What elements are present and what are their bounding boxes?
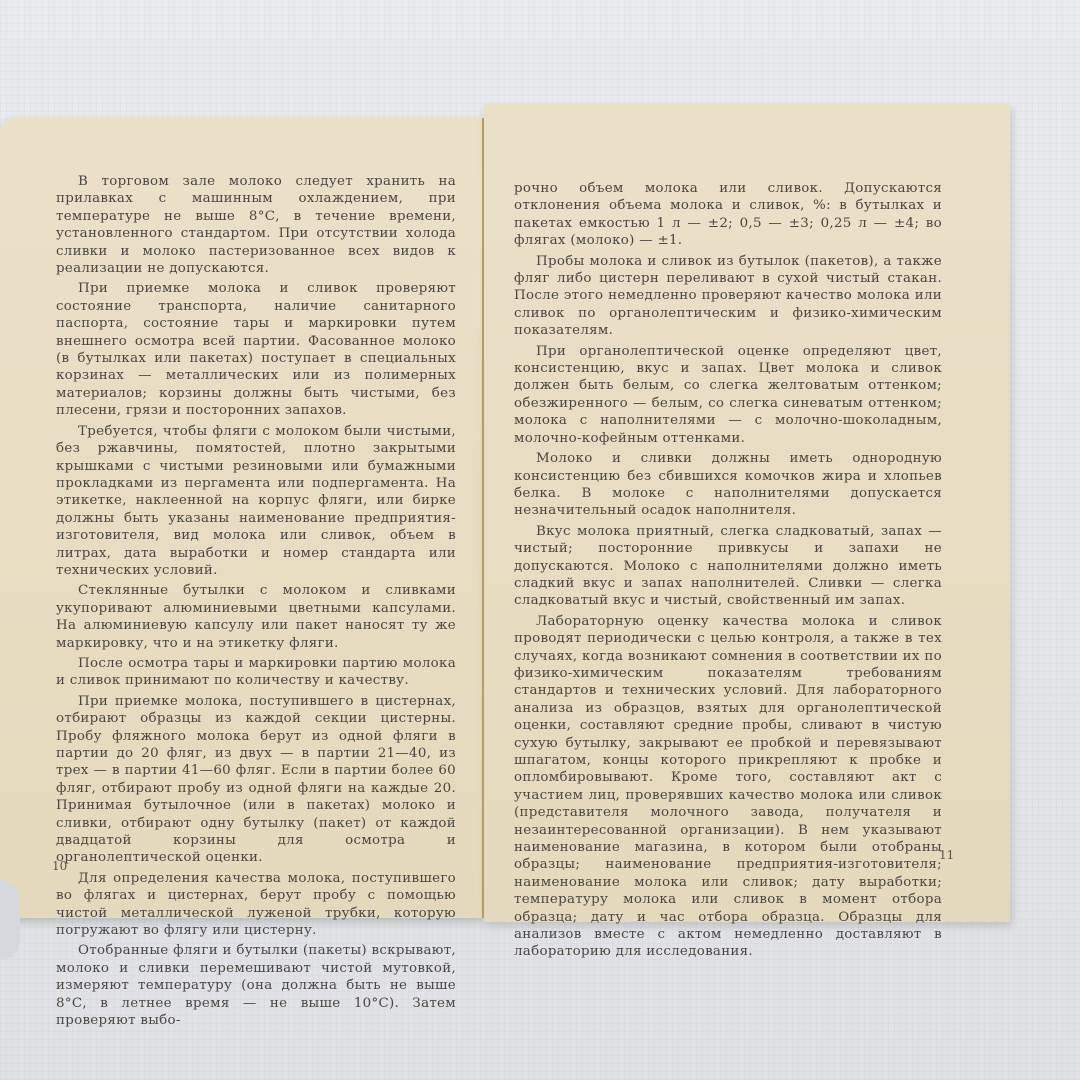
paragraph: После осмотра тары и маркировки партию м…	[56, 655, 456, 690]
paragraph: В торговом зале молоко следует хранить н…	[56, 173, 456, 277]
holding-finger	[0, 880, 20, 960]
paragraph: Требуется, чтобы фляги с молоком были чи…	[56, 423, 456, 580]
paragraph: При приемке молока и сливок проверяют со…	[56, 280, 456, 419]
paragraph: Для определения качества молока, поступи…	[56, 870, 456, 940]
paragraph: Лабораторную оценку качества молока и сл…	[514, 613, 942, 961]
right-page-text: рочно объем молока или сливок. Допускают…	[514, 180, 942, 964]
right-page: рочно объем молока или сливок. Допускают…	[484, 104, 1010, 922]
paragraph: Пробы молока и сливок из бутылок (пакето…	[514, 253, 942, 340]
paragraph: Молоко и сливки должны иметь однородную …	[514, 450, 942, 520]
paragraph: При приемке молока, поступившего в цисте…	[56, 693, 456, 867]
paragraph: Отобранные фляги и бутылки (пакеты) вскр…	[56, 942, 456, 1029]
book-spine	[482, 118, 484, 918]
page-number-right: 11	[939, 848, 954, 862]
left-page-text: В торговом зале молоко следует хранить н…	[56, 173, 456, 1033]
paragraph: При органолептической оценке определяют …	[514, 343, 942, 447]
paragraph: рочно объем молока или сливок. Допускают…	[514, 180, 942, 250]
paragraph: Вкус молока приятный, слегка сладковатый…	[514, 523, 942, 610]
paragraph: Стеклянные бутылки с молоком и сливками …	[56, 582, 456, 652]
page-number-left: 10	[52, 859, 67, 873]
left-page: В торговом зале молоко следует хранить н…	[0, 118, 484, 918]
